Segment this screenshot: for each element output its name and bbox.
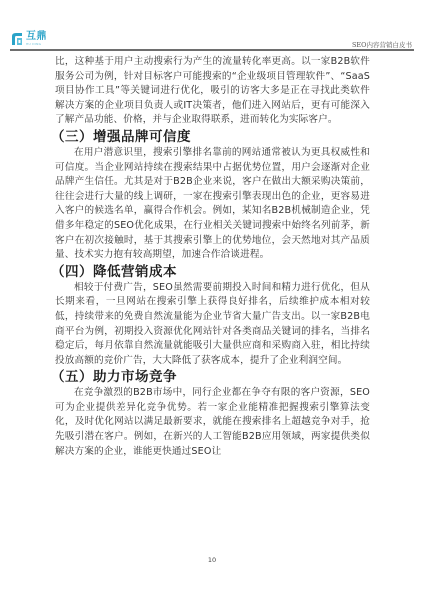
section-paragraph-reduce-marketing-cost: 相较于付费广告，SEO虽然需要前期投入时间和精力进行优化，但从长期来看，一旦网站… bbox=[55, 281, 370, 369]
document-header-title: SEO内容营销白皮书 bbox=[352, 40, 412, 49]
section-heading-market-competition: （五）助力市场竞争 bbox=[51, 368, 370, 386]
page-content: 比，这种基于用户主动搜索行为产生的流量转化率更高。以一家B2B软件服务公司为例，… bbox=[55, 55, 370, 459]
section-heading-reduce-marketing-cost: （四）降低营销成本 bbox=[51, 263, 370, 281]
section-paragraph-brand-credibility: 在用户潜意识里，搜索引擎排名靠前的网站通常被认为更具权威性和可信度。当企业网站持… bbox=[55, 146, 370, 263]
section-paragraph-market-competition: 在竞争激烈的B2B市场中，同行企业都在争夺有限的客户资源，SEO可为企业提供差异… bbox=[55, 386, 370, 459]
brand-logo: 互鼎 HU DING bbox=[10, 30, 50, 48]
page-number: 10 bbox=[0, 556, 424, 564]
brand-name-en: HU DING bbox=[26, 43, 47, 46]
section-heading-brand-credibility: （三）增强品牌可信度 bbox=[51, 128, 370, 146]
header-divider bbox=[10, 49, 414, 51]
brand-logo-icon bbox=[10, 32, 24, 46]
brand-name: 互鼎 bbox=[26, 32, 47, 42]
intro-paragraph: 比，这种基于用户主动搜索行为产生的流量转化率更高。以一家B2B软件服务公司为例，… bbox=[55, 55, 370, 128]
